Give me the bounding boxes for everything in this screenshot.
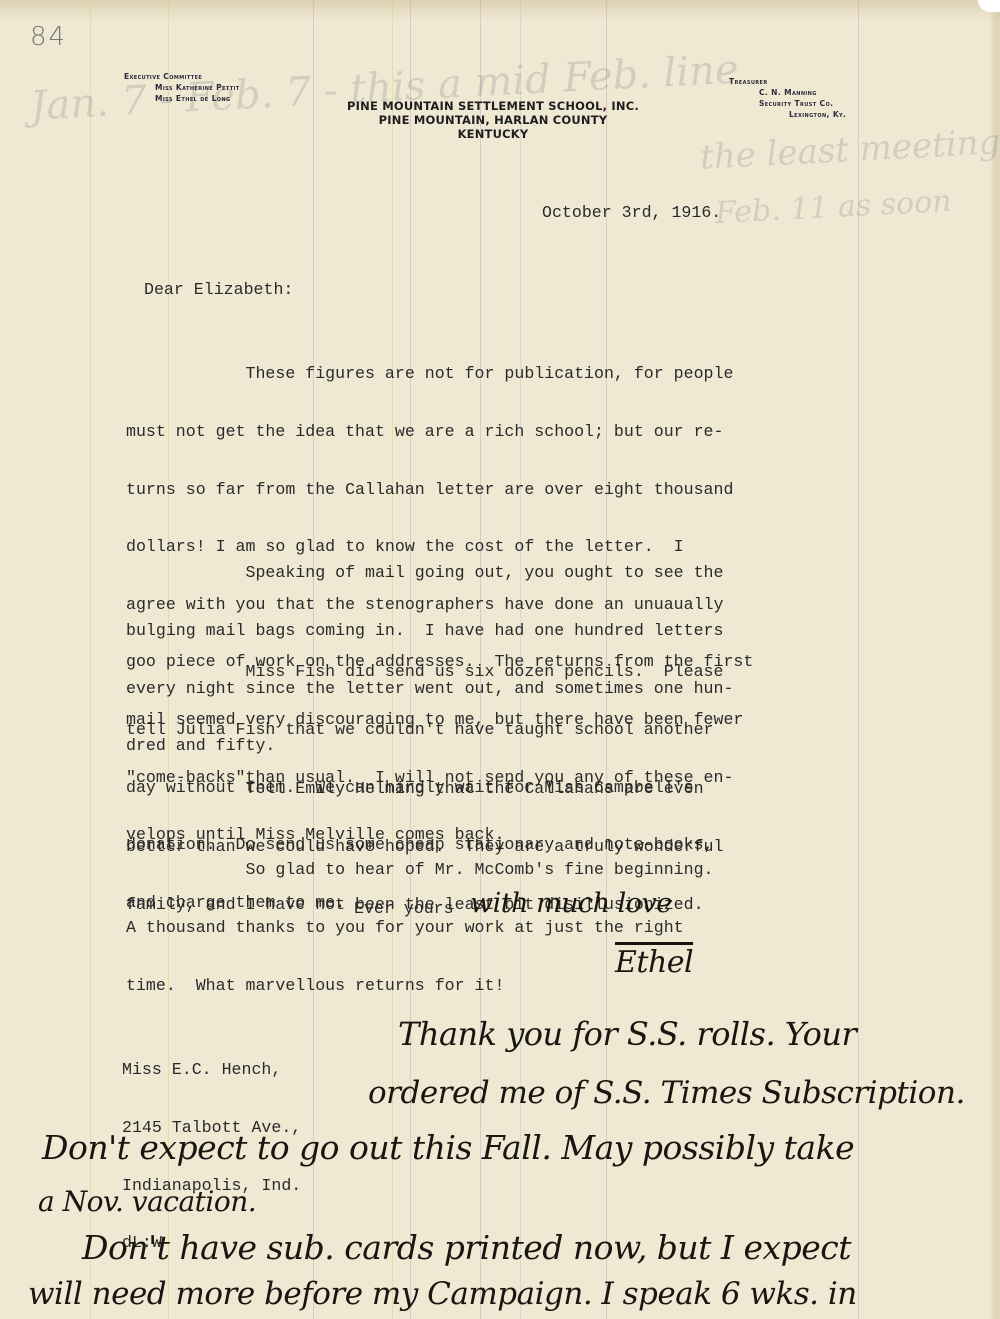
signature: Ethel xyxy=(615,945,693,980)
letter-date: October 3rd, 1916. xyxy=(542,203,721,222)
body-line: Miss Fish did send us six dozen pencils.… xyxy=(126,662,723,681)
treasurer-city: Lexington, Ky. xyxy=(729,109,846,120)
body-line: A thousand thanks to you for your work a… xyxy=(126,918,714,937)
handwritten-note: will need more before my Campaign. I spe… xyxy=(28,1276,857,1312)
committee-title: Executive Committee xyxy=(124,71,240,82)
letter-page: Jan. 7 - Feb. 7 - this a mid Feb. line t… xyxy=(0,0,1000,1319)
school-location: PINE MOUNTAIN, HARLAN COUNTY xyxy=(323,113,663,127)
body-line: turns so far from the Callahan letter ar… xyxy=(126,480,753,499)
closing-handwritten: with much love xyxy=(470,888,672,919)
letterhead-school: PINE MOUNTAIN SETTLEMENT SCHOOL, INC. PI… xyxy=(323,99,663,141)
body-line: Speaking of mail going out, you ought to… xyxy=(126,563,733,582)
body-line: tell Julia Fish that we couldn't have ta… xyxy=(126,720,723,739)
committee-member: Miss Ethel de Long xyxy=(124,93,240,104)
handwritten-note: ordered me of S.S. Times Subscription. xyxy=(368,1075,965,1111)
salutation: Dear Elizabeth: xyxy=(144,280,293,299)
recipient-name: Miss E.C. Hench, xyxy=(122,1060,301,1079)
treasurer-title: Treasurer xyxy=(729,76,846,87)
committee-member: Miss Katherine Pettit xyxy=(124,82,240,93)
body-line: must not get the idea that we are a rich… xyxy=(126,422,753,441)
body-line: These figures are not for publication, f… xyxy=(126,364,753,383)
handwritten-note: Thank you for S.S. rolls. Your xyxy=(398,1015,856,1053)
school-name: PINE MOUNTAIN SETTLEMENT SCHOOL, INC. xyxy=(323,99,663,113)
letterhead-treasurer: Treasurer C. N. Manning Security Trust C… xyxy=(729,76,846,120)
treasurer-name: C. N. Manning xyxy=(729,87,846,98)
paragraph-5: So glad to hear of Mr. McComb's fine beg… xyxy=(126,822,714,1033)
school-state: KENTUCKY xyxy=(323,127,663,141)
handwritten-note: Don't have sub. cards printed now, but I… xyxy=(82,1228,851,1267)
body-line: Tell Emily Helming that the Callahans ar… xyxy=(126,779,723,798)
body-line: So glad to hear of Mr. McComb's fine beg… xyxy=(126,860,714,879)
handwritten-note: a Nov. vacation. xyxy=(38,1185,256,1218)
pencil-marginalia: the least meeting xyxy=(699,122,1000,178)
pencil-marginalia: Feb. 11 as soon xyxy=(714,184,952,231)
page-corner xyxy=(978,0,1000,12)
handwritten-note: Don't expect to go out this Fall. May po… xyxy=(42,1128,854,1167)
letterhead-committee: Executive Committee Miss Katherine Petti… xyxy=(124,71,240,104)
ruling-line xyxy=(90,0,91,1319)
page-number: 84 xyxy=(30,22,67,52)
closing-typed: Ever yours xyxy=(354,899,454,918)
treasurer-bank: Security Trust Co. xyxy=(729,98,846,109)
